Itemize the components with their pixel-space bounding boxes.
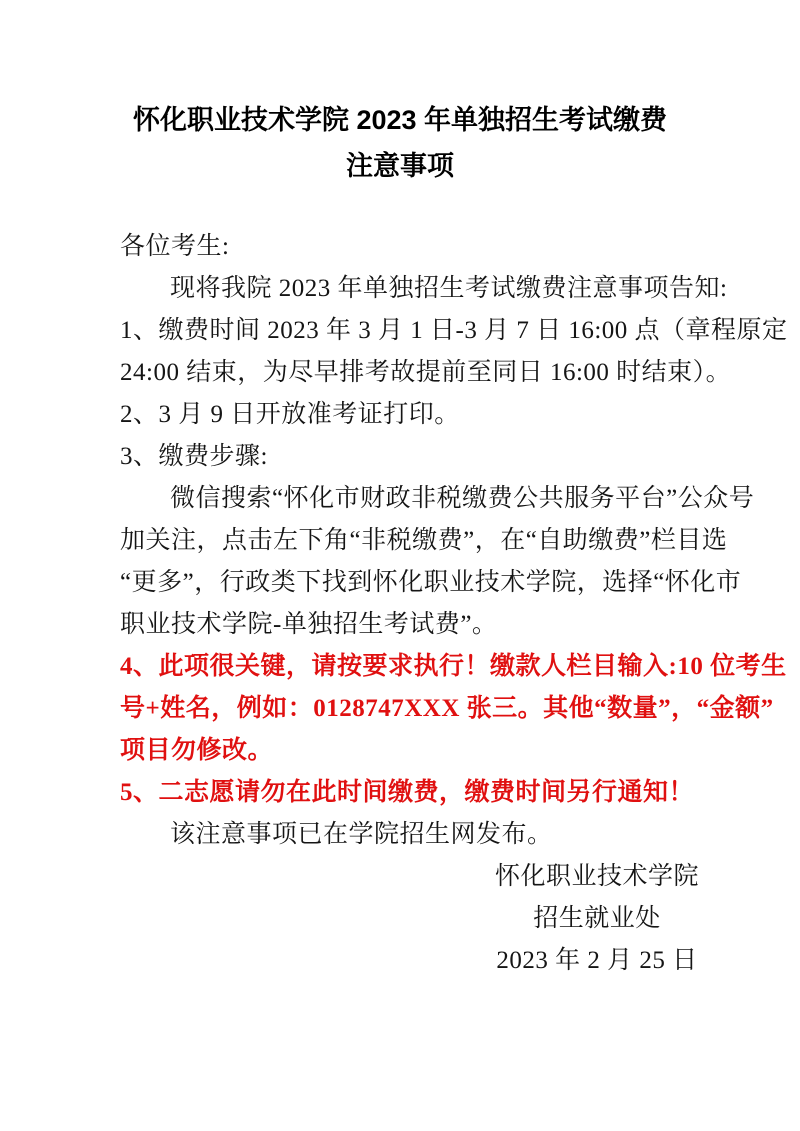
document-title: 怀化职业技术学院 2023 年单独招生考试缴费 注意事项	[0, 0, 800, 189]
item3-steps-line2: 加关注，点击左下角“非税缴费”，在“自助缴费”栏目选	[120, 520, 688, 562]
signature-department: 招生就业处	[492, 898, 702, 940]
closing-line: 该注意事项已在学院招生网发布。	[120, 814, 688, 856]
signature-date: 2023 年 2 月 25 日	[492, 940, 702, 982]
item4-warning-line2: 号+姓名，例如：0128747XXX 张三。其他“数量”，“金额”	[120, 688, 688, 730]
item3-line: 3、缴费步骤:	[120, 436, 688, 478]
item4-warning-line1: 4、此项很关键，请按要求执行！缴款人栏目输入:10 位考生	[120, 646, 688, 688]
notice-body: 各位考生: 现将我院 2023 年单独招生考试缴费注意事项告知: 1、缴费时间 …	[120, 226, 688, 856]
notice-document-page: 怀化职业技术学院 2023 年单独招生考试缴费 注意事项 各位考生: 现将我院 …	[0, 0, 800, 1131]
item1-line1: 1、缴费时间 2023 年 3 月 1 日-3 月 7 日 16:00 点（章程…	[120, 310, 688, 352]
document-title-line1: 怀化职业技术学院 2023 年单独招生考试缴费	[0, 97, 800, 143]
signature-block: 怀化职业技术学院 招生就业处 2023 年 2 月 25 日	[492, 856, 702, 982]
salutation: 各位考生:	[120, 226, 688, 268]
item5-warning-line: 5、二志愿请勿在此时间缴费，缴费时间另行通知！	[120, 772, 688, 814]
signature-organization: 怀化职业技术学院	[492, 856, 702, 898]
item3-steps-line1: 微信搜索“怀化市财政非税缴费公共服务平台”公众号	[120, 478, 688, 520]
intro-line: 现将我院 2023 年单独招生考试缴费注意事项告知:	[120, 268, 688, 310]
item3-steps-line3: “更多”，行政类下找到怀化职业技术学院，选择“怀化市	[120, 562, 688, 604]
document-title-line2: 注意事项	[0, 143, 800, 189]
item3-steps-line4: 职业技术学院-单独招生考试费”。	[120, 604, 688, 646]
item4-warning-line3: 项目勿修改。	[120, 730, 688, 772]
item2-line: 2、3 月 9 日开放准考证打印。	[120, 394, 688, 436]
item1-line2: 24:00 结束，为尽早排考故提前至同日 16:00 时结束）。	[120, 352, 688, 394]
